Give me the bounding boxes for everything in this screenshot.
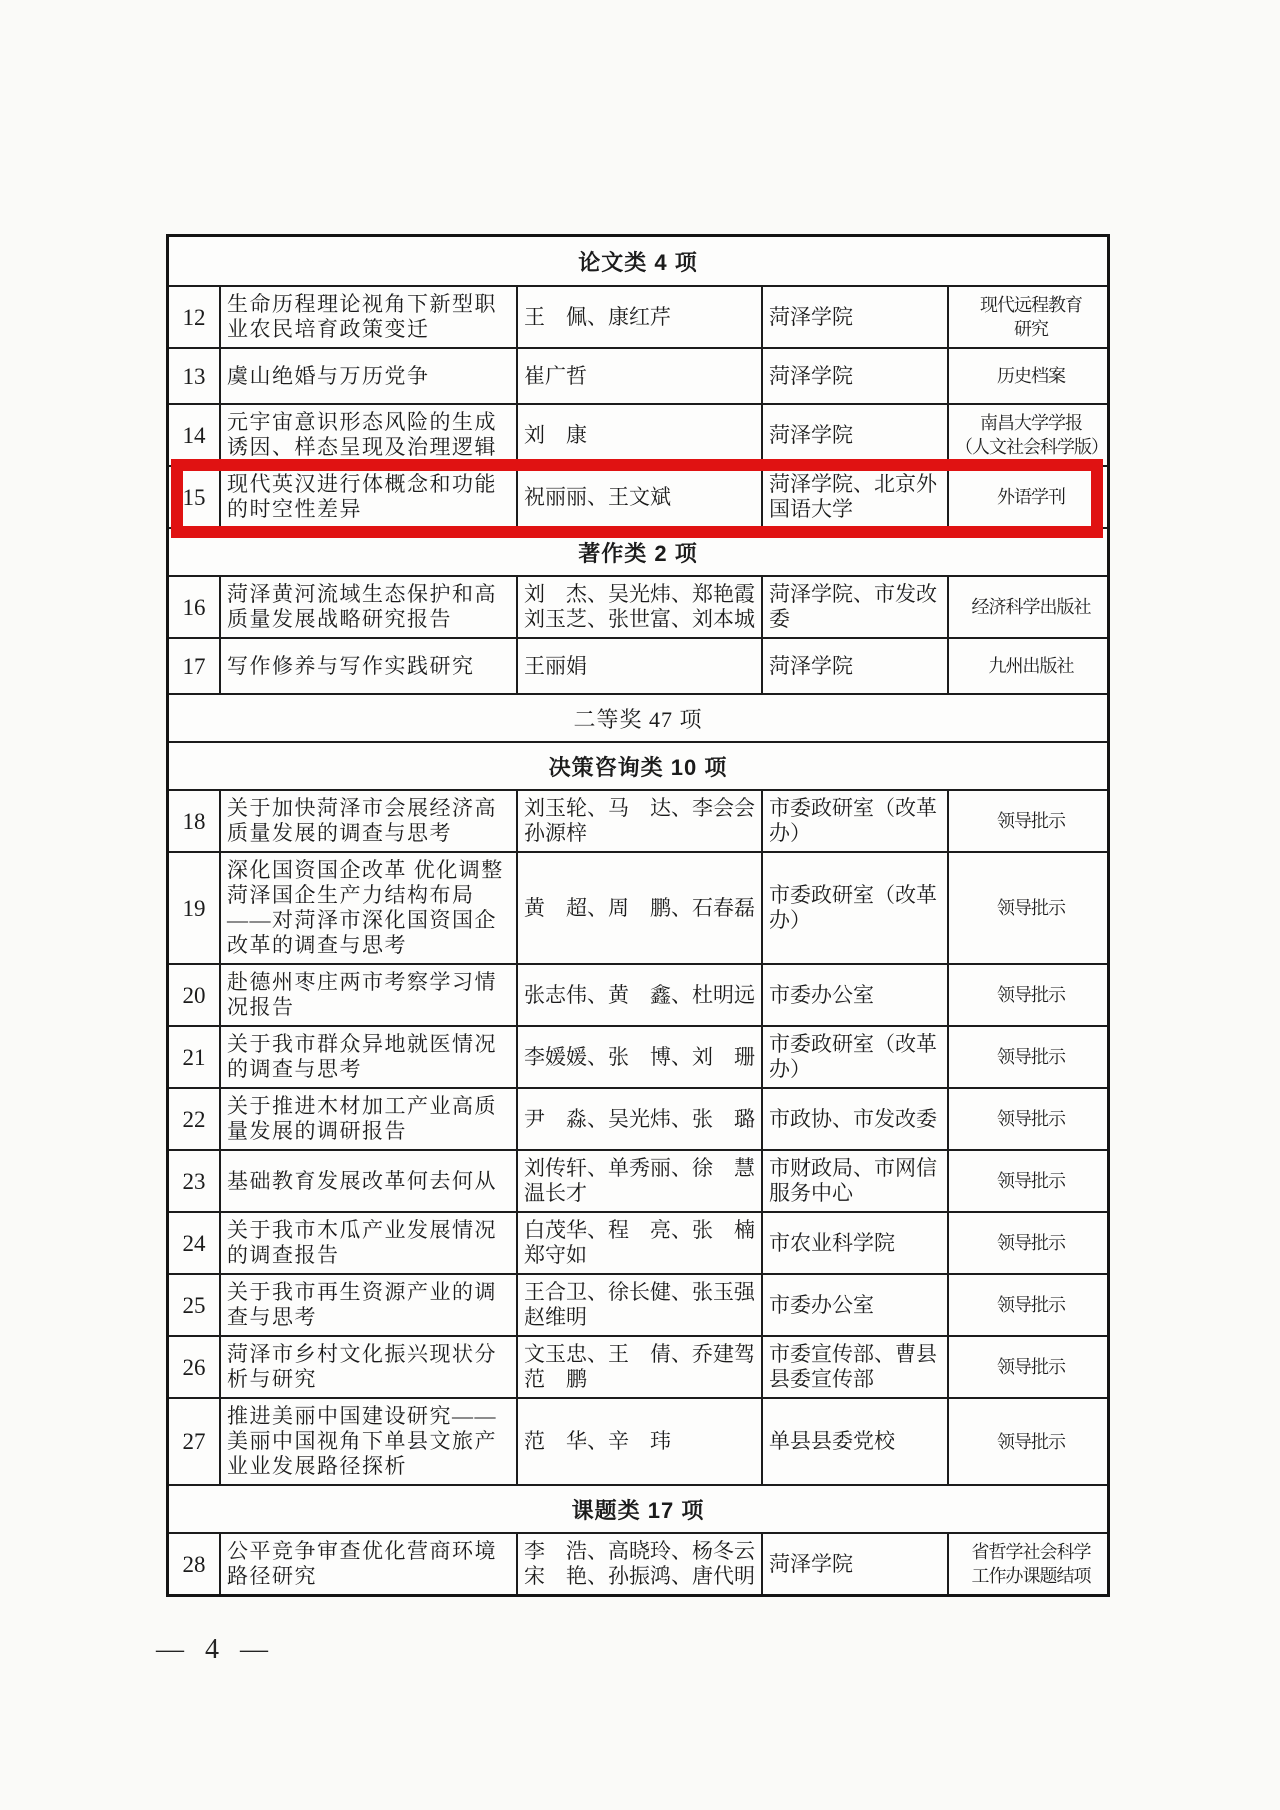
organization-cell: 市政协、市发改委 bbox=[761, 1089, 947, 1149]
row-number-cell: 21 bbox=[169, 1027, 219, 1087]
row-number-cell: 27 bbox=[169, 1399, 219, 1484]
result-cell: 经济科学出版社 bbox=[947, 577, 1113, 637]
organization-cell: 市委政研室（改革办） bbox=[761, 853, 947, 963]
result-cell: 外语学刊 bbox=[947, 467, 1113, 527]
authors-cell: 王合卫、徐长健、张玉强 赵维明 bbox=[516, 1275, 761, 1335]
authors-cell: 刘传轩、单秀丽、徐 慧 温长才 bbox=[516, 1151, 761, 1211]
table-row: 26 菏泽市乡村文化振兴现状分析与研究 文玉忠、王 倩、乔建驾 范 鹏 市委宣传… bbox=[169, 1335, 1107, 1397]
row-number-cell: 18 bbox=[169, 791, 219, 851]
result-cell: 九州出版社 bbox=[947, 639, 1113, 693]
section-header-row: 决策咨询类 10 项 bbox=[169, 741, 1107, 789]
table-row: 17 写作修养与写作实践研究 王丽娟 菏泽学院 九州出版社 bbox=[169, 637, 1107, 693]
result-cell: 领导批示 bbox=[947, 1151, 1113, 1211]
authors-cell: 尹 淼、吴光炜、张 璐 bbox=[516, 1089, 761, 1149]
authors-cell: 张志伟、黄 鑫、杜明远 bbox=[516, 965, 761, 1025]
organization-cell: 市委政研室（改革办） bbox=[761, 791, 947, 851]
result-cell: 领导批示 bbox=[947, 1275, 1113, 1335]
title-cell: 深化国资国企改革 优化调整菏泽国企生产力结构布局——对菏泽市深化国资国企改革的调… bbox=[219, 853, 516, 963]
title-cell: 关于我市再生资源产业的调查与思考 bbox=[219, 1275, 516, 1335]
section-header-label: 论文类 4 项 bbox=[578, 246, 697, 277]
section-header-label: 二等奖 47 项 bbox=[573, 703, 702, 734]
organization-cell: 菏泽学院、市发改委 bbox=[761, 577, 947, 637]
result-cell: 历史档案 bbox=[947, 349, 1113, 403]
table-row: 22 关于推进木材加工产业高质量发展的调研报告 尹 淼、吴光炜、张 璐 市政协、… bbox=[169, 1087, 1107, 1149]
organization-cell: 市委宣传部、曹县县委宣传部 bbox=[761, 1337, 947, 1397]
table-row: 14 元宇宙意识形态风险的生成诱因、样态呈现及治理逻辑 刘 康 菏泽学院 南昌大… bbox=[169, 403, 1107, 465]
organization-cell: 市财政局、市网信服务中心 bbox=[761, 1151, 947, 1211]
authors-cell: 王 佩、康红芹 bbox=[516, 287, 761, 347]
section-header-label: 课题类 17 项 bbox=[572, 1494, 705, 1525]
organization-cell: 菏泽学院 bbox=[761, 287, 947, 347]
authors-cell: 李媛媛、张 博、刘 珊 bbox=[516, 1027, 761, 1087]
result-cell: 领导批示 bbox=[947, 1337, 1113, 1397]
row-number-cell: 13 bbox=[169, 349, 219, 403]
table-row: 13 虞山绝婚与万历党争 崔广哲 菏泽学院 历史档案 bbox=[169, 347, 1107, 403]
row-number-cell: 15 bbox=[169, 467, 219, 527]
row-number-cell: 17 bbox=[169, 639, 219, 693]
title-cell: 现代英汉进行体概念和功能的时空性差异 bbox=[219, 467, 516, 527]
title-cell: 基础教育发展改革何去何从 bbox=[219, 1151, 516, 1211]
row-number-cell: 28 bbox=[169, 1534, 219, 1594]
title-cell: 赴德州枣庄两市考察学习情况报告 bbox=[219, 965, 516, 1025]
authors-cell: 王丽娟 bbox=[516, 639, 761, 693]
row-number-cell: 24 bbox=[169, 1213, 219, 1273]
authors-cell: 祝丽丽、王文斌 bbox=[516, 467, 761, 527]
row-number-cell: 20 bbox=[169, 965, 219, 1025]
organization-cell: 市委办公室 bbox=[761, 965, 947, 1025]
title-cell: 推进美丽中国建设研究——美丽中国视角下单县文旅产业业发展路径探析 bbox=[219, 1399, 516, 1484]
organization-cell: 菏泽学院 bbox=[761, 639, 947, 693]
section-header-row: 课题类 17 项 bbox=[169, 1484, 1107, 1532]
table-row: 16 菏泽黄河流域生态保护和高质量发展战略研究报告 刘 杰、吴光炜、郑艳霞 刘玉… bbox=[169, 575, 1107, 637]
title-cell: 关于推进木材加工产业高质量发展的调研报告 bbox=[219, 1089, 516, 1149]
table-row: 24 关于我市木瓜产业发展情况的调查报告 白茂华、程 亮、张 楠 郑守如 市农业… bbox=[169, 1211, 1107, 1273]
result-cell: 领导批示 bbox=[947, 853, 1113, 963]
result-cell: 领导批示 bbox=[947, 1027, 1113, 1087]
row-number-cell: 26 bbox=[169, 1337, 219, 1397]
section-header-row: 论文类 4 项 bbox=[169, 237, 1107, 285]
authors-cell: 黄 超、周 鹏、石春磊 bbox=[516, 853, 761, 963]
organization-cell: 市委政研室（改革办） bbox=[761, 1027, 947, 1087]
table-row: 15 现代英汉进行体概念和功能的时空性差异 祝丽丽、王文斌 菏泽学院、北京外国语… bbox=[169, 465, 1107, 527]
title-cell: 关于加快菏泽市会展经济高质量发展的调查与思考 bbox=[219, 791, 516, 851]
page-number: — 4 — bbox=[156, 1634, 275, 1666]
section-header-row: 二等奖 47 项 bbox=[169, 693, 1107, 741]
title-cell: 菏泽市乡村文化振兴现状分析与研究 bbox=[219, 1337, 516, 1397]
authors-cell: 刘 康 bbox=[516, 405, 761, 465]
authors-cell: 崔广哲 bbox=[516, 349, 761, 403]
title-cell: 元宇宙意识形态风险的生成诱因、样态呈现及治理逻辑 bbox=[219, 405, 516, 465]
title-cell: 关于我市木瓜产业发展情况的调查报告 bbox=[219, 1213, 516, 1273]
authors-cell: 白茂华、程 亮、张 楠 郑守如 bbox=[516, 1213, 761, 1273]
table-row: 20 赴德州枣庄两市考察学习情况报告 张志伟、黄 鑫、杜明远 市委办公室 领导批… bbox=[169, 963, 1107, 1025]
result-cell: 南昌大学学报 （人文社会科学版） bbox=[947, 405, 1113, 465]
title-cell: 生命历程理论视角下新型职业农民培育政策变迁 bbox=[219, 287, 516, 347]
organization-cell: 菏泽学院 bbox=[761, 349, 947, 403]
table-row: 23 基础教育发展改革何去何从 刘传轩、单秀丽、徐 慧 温长才 市财政局、市网信… bbox=[169, 1149, 1107, 1211]
table-row: 21 关于我市群众异地就医情况的调查与思考 李媛媛、张 博、刘 珊 市委政研室（… bbox=[169, 1025, 1107, 1087]
result-cell: 领导批示 bbox=[947, 1399, 1113, 1484]
organization-cell: 单县县委党校 bbox=[761, 1399, 947, 1484]
row-number-cell: 14 bbox=[169, 405, 219, 465]
scanned-document-page: { "page": { "footer_page_number": "— 4 —… bbox=[0, 0, 1280, 1810]
row-number-cell: 22 bbox=[169, 1089, 219, 1149]
title-cell: 公平竞争审查优化营商环境路径研究 bbox=[219, 1534, 516, 1594]
organization-cell: 市委办公室 bbox=[761, 1275, 947, 1335]
row-number-cell: 16 bbox=[169, 577, 219, 637]
section-header-label: 著作类 2 项 bbox=[578, 537, 697, 568]
organization-cell: 菏泽学院 bbox=[761, 405, 947, 465]
title-cell: 关于我市群众异地就医情况的调查与思考 bbox=[219, 1027, 516, 1087]
result-cell: 现代远程教育 研究 bbox=[947, 287, 1113, 347]
table-row: 18 关于加快菏泽市会展经济高质量发展的调查与思考 刘玉轮、马 达、李会会 孙源… bbox=[169, 789, 1107, 851]
organization-cell: 市农业科学院 bbox=[761, 1213, 947, 1273]
title-cell: 写作修养与写作实践研究 bbox=[219, 639, 516, 693]
table-row: 25 关于我市再生资源产业的调查与思考 王合卫、徐长健、张玉强 赵维明 市委办公… bbox=[169, 1273, 1107, 1335]
authors-cell: 文玉忠、王 倩、乔建驾 范 鹏 bbox=[516, 1337, 761, 1397]
row-number-cell: 19 bbox=[169, 853, 219, 963]
organization-cell: 菏泽学院、北京外国语大学 bbox=[761, 467, 947, 527]
result-cell: 领导批示 bbox=[947, 791, 1113, 851]
table-row: 19 深化国资国企改革 优化调整菏泽国企生产力结构布局——对菏泽市深化国资国企改… bbox=[169, 851, 1107, 963]
table-row: 27 推进美丽中国建设研究——美丽中国视角下单县文旅产业业发展路径探析 范 华、… bbox=[169, 1397, 1107, 1484]
awards-table: 论文类 4 项 12 生命历程理论视角下新型职业农民培育政策变迁 王 佩、康红芹… bbox=[166, 234, 1110, 1597]
authors-cell: 刘 杰、吴光炜、郑艳霞 刘玉芝、张世富、刘本城 bbox=[516, 577, 761, 637]
result-cell: 省哲学社会科学 工作办课题结项 bbox=[947, 1534, 1113, 1594]
authors-cell: 李 浩、高晓玲、杨冬云 宋 艳、孙振鸿、唐代明 bbox=[516, 1534, 761, 1594]
section-header-row: 著作类 2 项 bbox=[169, 527, 1107, 575]
row-number-cell: 25 bbox=[169, 1275, 219, 1335]
table-row: 28 公平竞争审查优化营商环境路径研究 李 浩、高晓玲、杨冬云 宋 艳、孙振鸿、… bbox=[169, 1532, 1107, 1594]
organization-cell: 菏泽学院 bbox=[761, 1534, 947, 1594]
table-row: 12 生命历程理论视角下新型职业农民培育政策变迁 王 佩、康红芹 菏泽学院 现代… bbox=[169, 285, 1107, 347]
section-header-label: 决策咨询类 10 项 bbox=[549, 751, 728, 782]
result-cell: 领导批示 bbox=[947, 965, 1113, 1025]
title-cell: 菏泽黄河流域生态保护和高质量发展战略研究报告 bbox=[219, 577, 516, 637]
authors-cell: 范 华、辛 玮 bbox=[516, 1399, 761, 1484]
title-cell: 虞山绝婚与万历党争 bbox=[219, 349, 516, 403]
authors-cell: 刘玉轮、马 达、李会会 孙源梓 bbox=[516, 791, 761, 851]
result-cell: 领导批示 bbox=[947, 1213, 1113, 1273]
row-number-cell: 23 bbox=[169, 1151, 219, 1211]
row-number-cell: 12 bbox=[169, 287, 219, 347]
result-cell: 领导批示 bbox=[947, 1089, 1113, 1149]
